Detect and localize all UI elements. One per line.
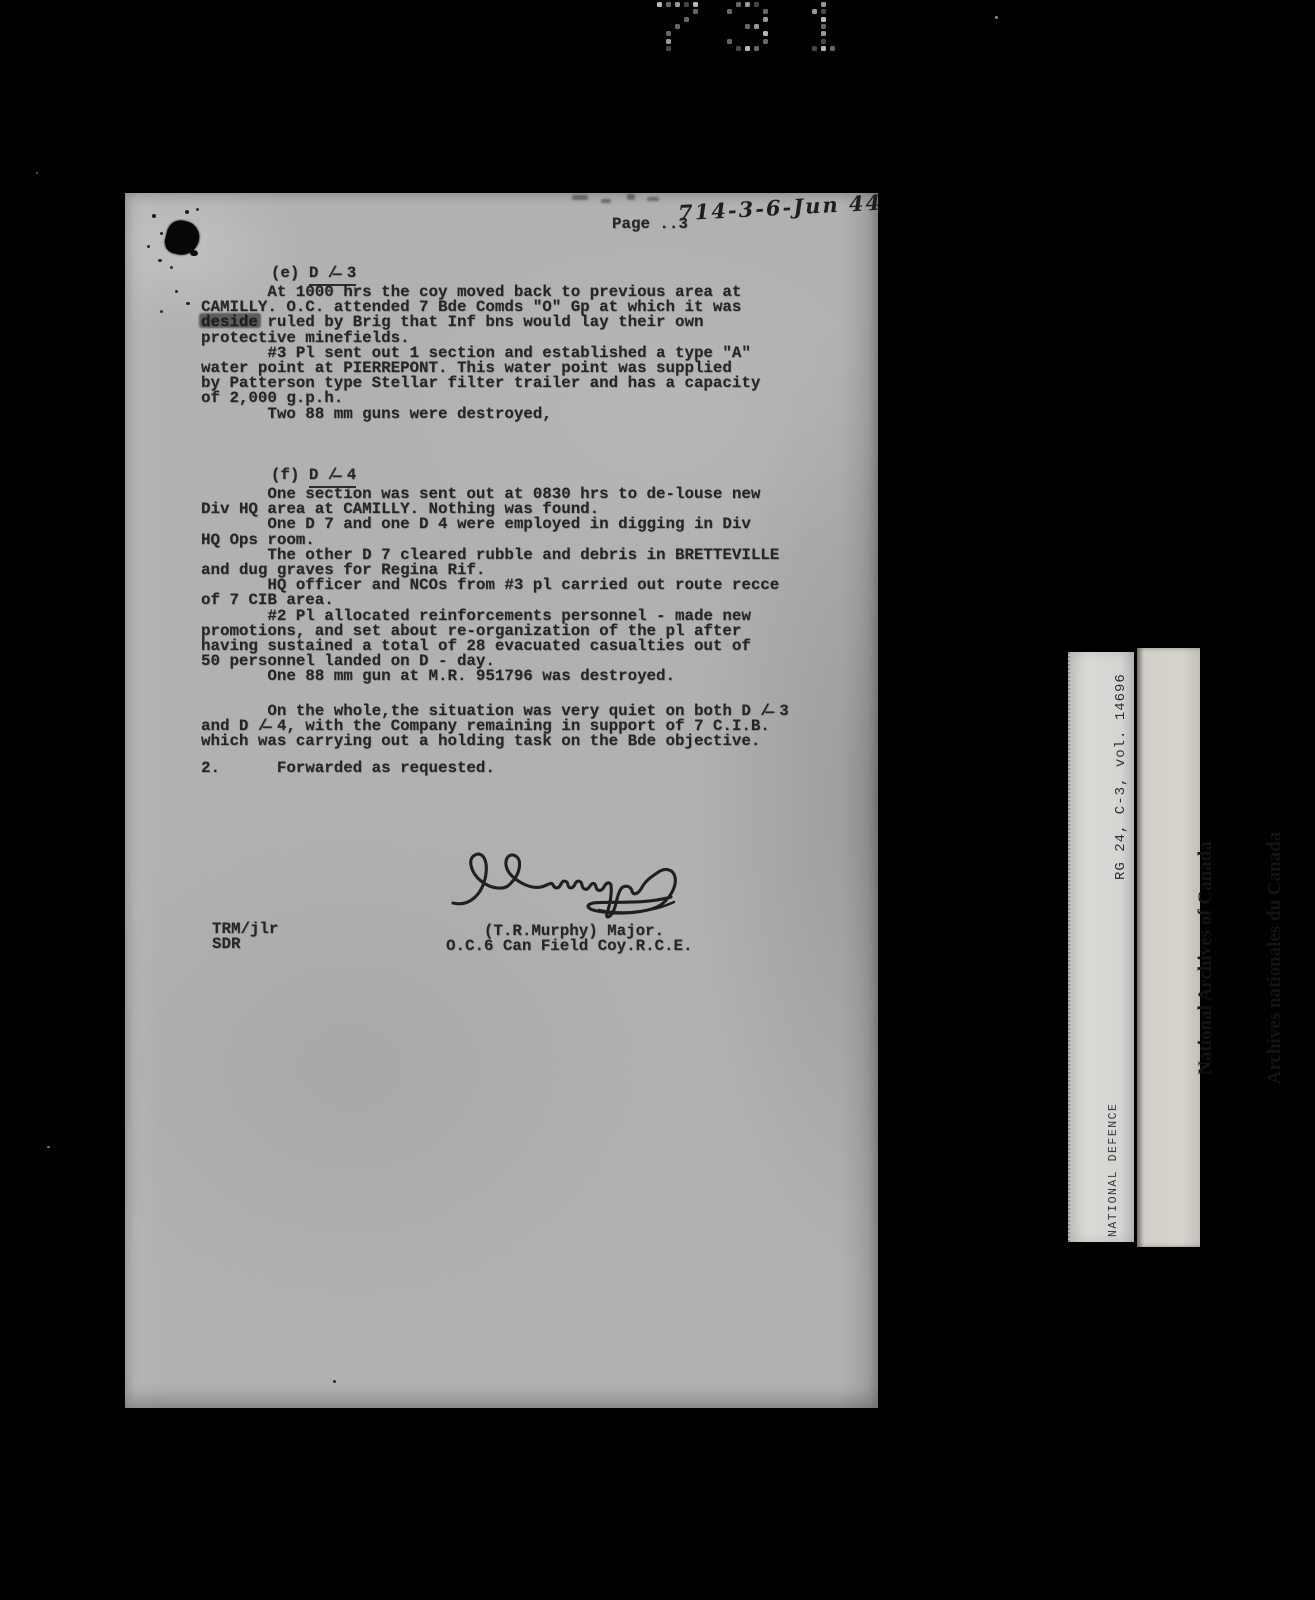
matrix-dot [657,2,662,7]
matrix-dot [736,46,741,51]
matrix-dot [821,39,826,44]
officer-block: (T.R.Murphy) Major.O.C.6 Can Field Coy.R… [446,924,692,954]
matrix-dot [666,46,671,51]
matrix-dot [821,46,826,51]
archives-line: Archives nationales du Canada [1263,818,1286,1098]
ink-speck [160,310,163,313]
matrix-dot [684,2,689,7]
section-e-body: At 1000 hrs the coy moved back to previo… [201,285,760,422]
frame-digit [657,2,702,52]
matrix-dot [745,46,750,51]
matrix-dot [754,46,759,51]
matrix-dot [821,2,826,7]
section-label: (e) [271,264,309,282]
matrix-dot [727,39,732,44]
matrix-dot [812,46,817,51]
scan-smudge [647,197,659,201]
matrix-dot [830,46,835,51]
matrix-dot [666,39,671,44]
scan-smudge [601,199,611,203]
national-defence-line: NATIONAL DEFENCE [1107,1075,1121,1237]
ink-speck [333,1380,336,1383]
film-frame-number [648,2,858,54]
matrix-dot [693,9,698,14]
signature [447,845,683,927]
ink-speck [152,214,156,218]
overstrike-smudge [199,313,261,328]
ink-speck [196,208,199,211]
matrix-dot [763,9,768,14]
matrix-dot [821,31,826,36]
matrix-dot [821,24,826,29]
ink-speck [190,250,198,256]
ink-speck [147,245,150,248]
microfilm-scan: 714-3-6-Jun 44 Page ..3 (e) D /̶ 3 At 10… [0,0,1315,1600]
dust-speck [36,172,38,174]
ink-speck [158,259,162,262]
matrix-dot [745,2,750,7]
matrix-dot [812,9,817,14]
handwritten-file-ref: 714-3-6-Jun 44 [677,190,882,226]
dust-speck [995,16,998,19]
section-label: (f) [271,466,309,484]
national-defence-label: NATIONAL DEFENCE DEFENSE NATIONALE [1079,1075,1107,1237]
matrix-dot [821,17,826,22]
matrix-dot [763,39,768,44]
page-number-label: Page ..3 [612,217,688,232]
reference-line: RG 24, C-3, vol. 14696 [1113,655,1130,880]
matrix-dot [763,17,768,22]
ink-speck [185,210,189,214]
reference-label: RG 24, C-3, vol. 14696 File/dossier 714 [1079,655,1113,880]
typed-line: O.C.6 Can Field Coy.R.C.E. [446,939,692,954]
forwarded-line: 2. Forwarded as requested. [201,761,495,776]
ink-speck [186,302,190,305]
summary-paragraph: On the whole,the situation was very quie… [201,704,789,750]
matrix-dot [763,31,768,36]
ink-speck [175,290,178,293]
frame-digit [803,2,848,52]
matrix-dot [754,2,759,7]
typed-line: 2. Forwarded as requested. [201,759,495,777]
scan-smudge [572,195,588,200]
dust-speck [47,1146,50,1148]
document-page: 714-3-6-Jun 44 Page ..3 (e) D /̶ 3 At 10… [125,193,878,1408]
national-archives-strip: National Archives of Canada Archives nat… [1137,648,1200,1247]
section-f-body: One section was sent out at 0830 hrs to … [201,487,779,684]
matrix-dot [675,2,680,7]
matrix-dot [666,31,671,36]
matrix-dot [666,2,671,7]
matrix-dot [693,2,698,7]
national-archives-label: National Archives of Canada Archives nat… [1148,818,1194,1098]
typed-line: One 88 mm gun at M.R. 951796 was destroy… [201,669,779,684]
matrix-dot [754,24,759,29]
ink-speck [170,266,173,269]
matrix-dot [727,9,732,14]
frame-digit [727,2,772,52]
matrix-dot [821,9,826,14]
matrix-dot [736,2,741,7]
archives-line: National Archives of Canada [1194,818,1217,1098]
typed-line: which was carrying out a holding task on… [201,734,789,749]
typed-line: SDR [212,937,278,952]
ink-speck [160,232,163,235]
typed-line: Two 88 mm guns were destroyed, [201,407,760,422]
archive-reference-strip: RG 24, C-3, vol. 14696 File/dossier 714 … [1068,652,1134,1242]
initials-block: TRM/jlrSDR [212,922,278,952]
matrix-dot [745,24,750,29]
scan-smudge [627,194,635,200]
matrix-dot [675,24,680,29]
matrix-dot [684,17,689,22]
